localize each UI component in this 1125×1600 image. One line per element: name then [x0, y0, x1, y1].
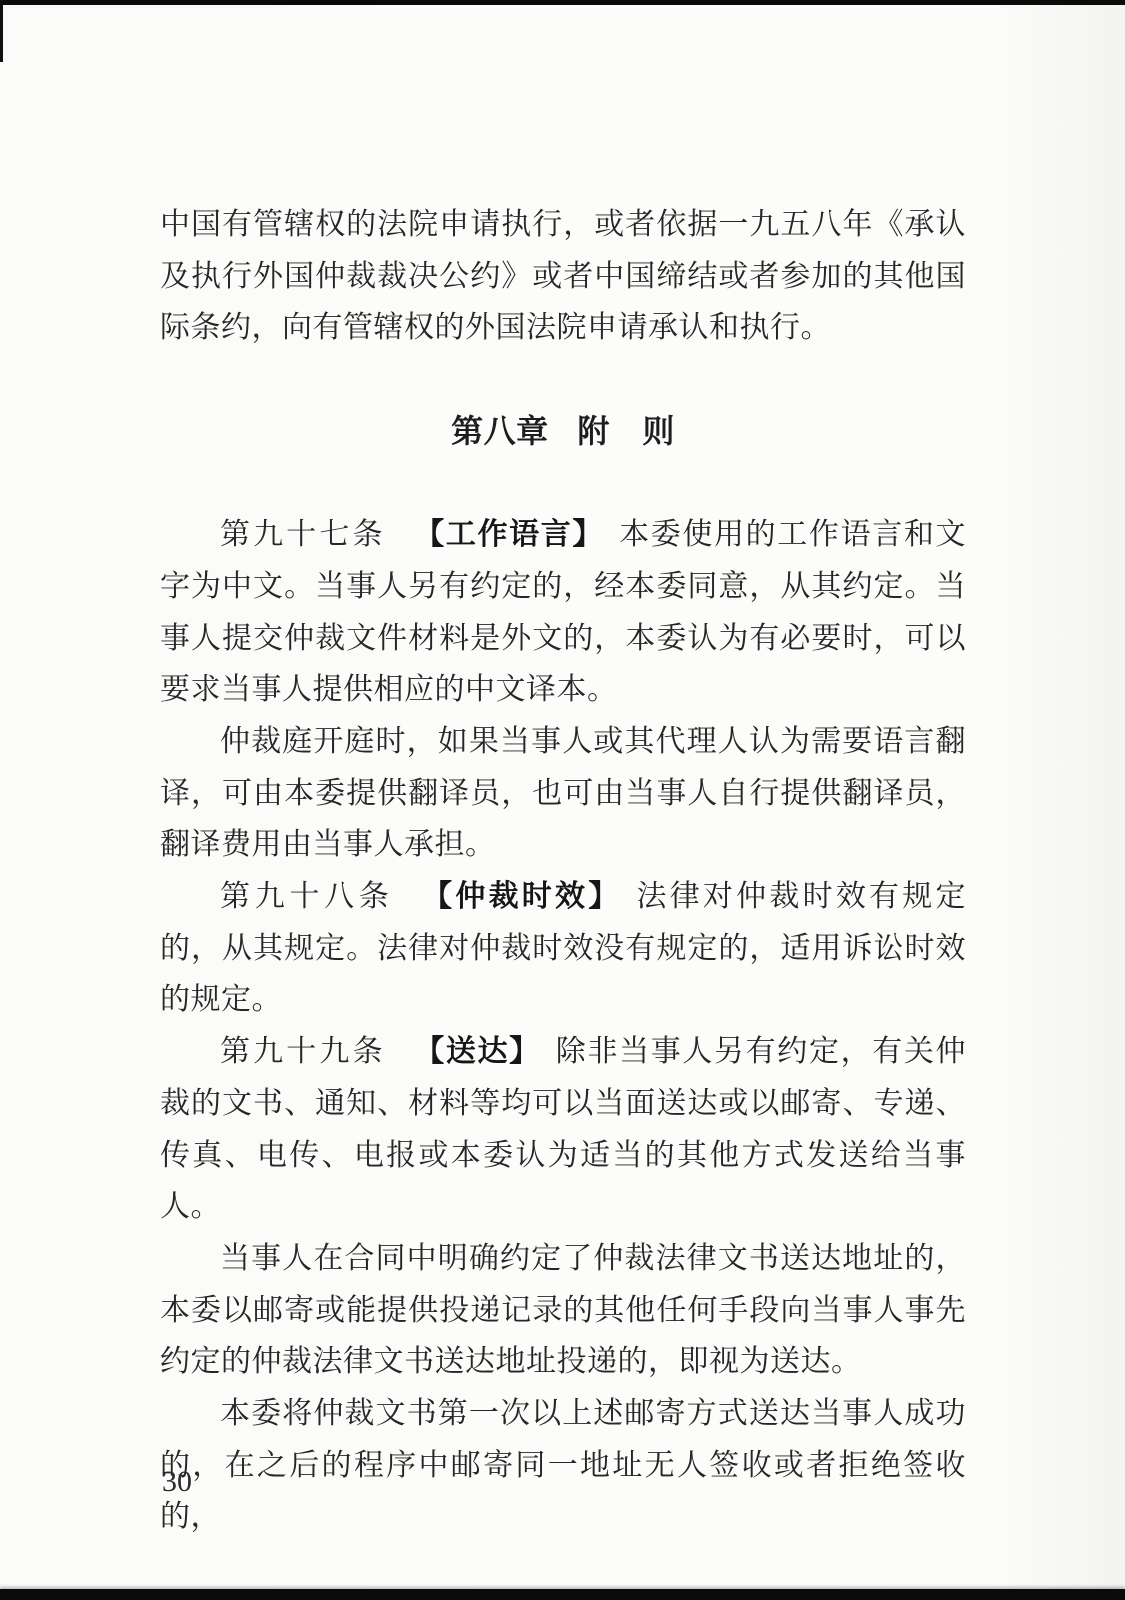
- article-99-paragraph-2: 当事人在合同中明确约定了仲裁法律文书送达地址的，本委以邮寄或能提供投递记录的其他…: [160, 1233, 966, 1388]
- article-97-bracket-title: 【工作语言】: [414, 518, 604, 551]
- page-content: 中国有管辖权的法院申请执行，或者依据一九五八年《承认及执行外国仲裁裁决公约》或者…: [160, 199, 966, 1543]
- chapter-title: 附 则: [577, 413, 675, 449]
- page-number: 30: [162, 1462, 192, 1502]
- article-99-number: 第九十九条: [220, 1035, 386, 1068]
- article-99-paragraph: 第九十九条【送达】除非当事人另有约定，有关仲裁的文书、通知、材料等均可以当面送达…: [160, 1026, 966, 1233]
- scan-edge-bottom: [0, 1589, 1125, 1600]
- article-98-number: 第九十八条: [220, 880, 394, 913]
- article-99-bracket-title: 【送达】: [414, 1035, 541, 1068]
- chapter-number: 第八章: [451, 413, 549, 449]
- chapter-heading: 第八章附 则: [160, 354, 966, 509]
- article-97-number: 第九十七条: [220, 518, 386, 551]
- article-98-bracket-title: 【仲裁时效】: [422, 880, 621, 913]
- scanned-page: 中国有管辖权的法院申请执行，或者依据一九五八年《承认及执行外国仲裁裁决公约》或者…: [0, 0, 1125, 1600]
- article-98-paragraph: 第九十八条【仲裁时效】法律对仲裁时效有规定的，从其规定。法律对仲裁时效没有规定的…: [160, 871, 966, 1026]
- article-97-paragraph: 第九十七条【工作语言】本委使用的工作语言和文字为中文。当事人另有约定的，经本委同…: [160, 509, 966, 716]
- scan-edge-top: [0, 0, 1125, 5]
- article-99-paragraph-3: 本委将仲裁文书第一次以上述邮寄方式送达当事人成功的，在之后的程序中邮寄同一地址无…: [160, 1388, 966, 1543]
- article-97-paragraph-2: 仲裁庭开庭时，如果当事人或其代理人认为需要语言翻译，可由本委提供翻译员，也可由当…: [160, 716, 966, 871]
- scan-edge-left: [0, 0, 3, 62]
- continuation-paragraph: 中国有管辖权的法院申请执行，或者依据一九五八年《承认及执行外国仲裁裁决公约》或者…: [160, 199, 966, 354]
